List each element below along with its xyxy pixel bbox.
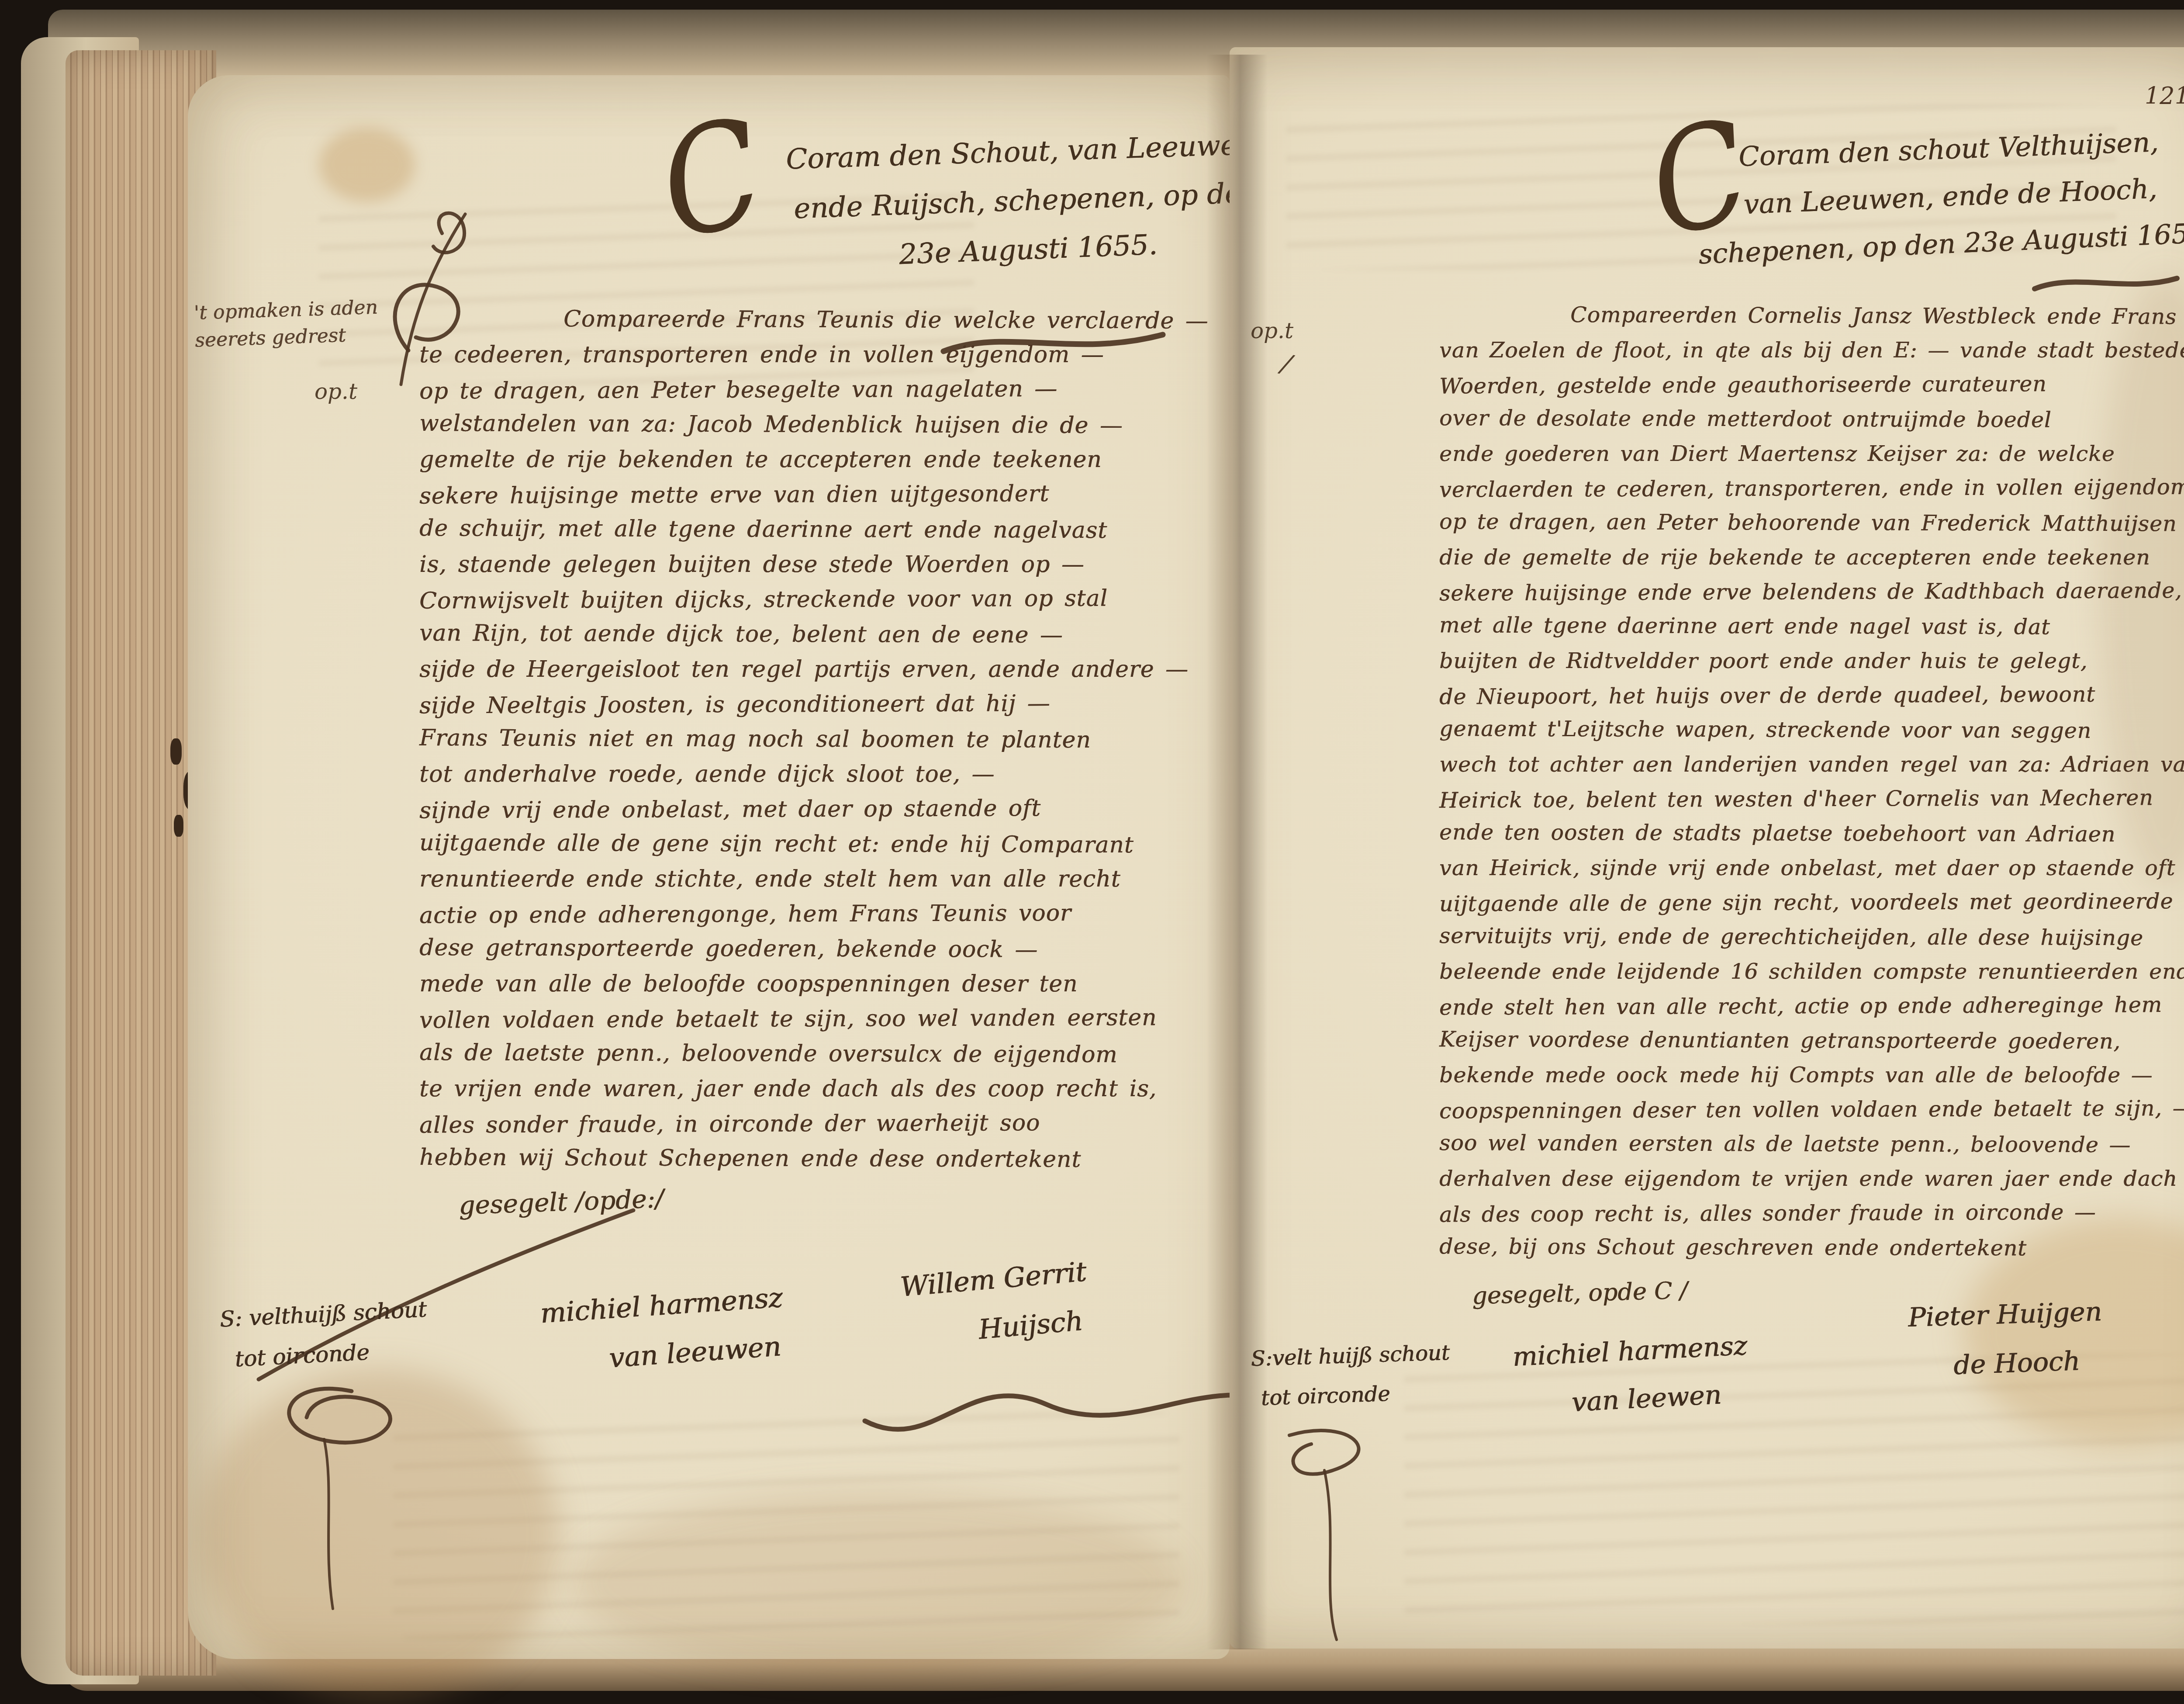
text-line: sekere huijsinge mette erve van dien uij… — [419, 475, 1223, 513]
text-line: buijten de Ridtveldder poort ende ander … — [1439, 644, 2184, 678]
text-line: sijde de Heergeisloot ten regel partijs … — [419, 652, 1223, 687]
text-line: als de laetste penn., beloovende oversul… — [419, 1035, 1223, 1073]
text-line: te vrijen ende waren, jaer ende dach als… — [419, 1071, 1223, 1106]
text-line: mede van alle de beloofde coopspenningen… — [419, 966, 1223, 1001]
text-line: is, staende gelegen buijten dese stede W… — [419, 547, 1223, 582]
text-line: tot oirconde — [1251, 1372, 1451, 1418]
text-line: op te dragen, aen Peter besegelte van na… — [419, 371, 1223, 409]
signature-willem-huijsch: Willem GerritHuijsch — [898, 1247, 1092, 1361]
text-line: beleende ende leijdende 16 schilden comp… — [1439, 954, 2184, 989]
text-line: Pieter Huijgen — [1907, 1287, 2102, 1342]
text-line: ende ten oosten de stadts plaetse toebeh… — [1439, 815, 2184, 852]
text-line: hebben wij Schout Schepenen ende dese on… — [419, 1140, 1223, 1178]
text-line: Heirick toe, belent ten westen d'heer Co… — [1439, 780, 2184, 818]
text-line: Compareerde Frans Teunis die welcke verc… — [419, 301, 1223, 339]
text-line: van Zoelen de floot, in qte als bij den … — [1439, 333, 2184, 367]
fox-spot — [319, 128, 415, 202]
text-line: met alle tgene daerinne aert ende nagel … — [1439, 608, 2184, 645]
text-line: coopspenningen deser ten vollen voldaen … — [1439, 1091, 2184, 1129]
left-margin-mark: op.t — [314, 379, 357, 404]
text-line: over de desolate ende metterdoot ontruij… — [1439, 401, 2184, 438]
text-line: van Heirick, sijnde vrij ende onbelast, … — [1439, 851, 2184, 885]
text-line: de Nieupoort, het huijs over de derde qu… — [1439, 677, 2184, 714]
water-stain — [572, 1491, 1184, 1674]
text-line: welstandelen van za: Jacob Medenblick hu… — [419, 406, 1223, 443]
text-line: de Hooch — [1909, 1336, 2104, 1391]
text-line: uijtgaende alle de gene sijn recht et: e… — [419, 825, 1223, 863]
text-line: als des coop recht is, alles sonder frau… — [1439, 1195, 2184, 1232]
signature-underline-flourish — [860, 1351, 1275, 1456]
left-page: C Coram den Schout, van Leeuwen,ende Rui… — [188, 75, 1230, 1659]
text-line: op te dragen, aen Peter behoorende van F… — [1439, 504, 2184, 541]
text-line: ende goederen van Diert Maertensz Keijse… — [1439, 436, 2184, 471]
text-line: de schuijr, met alle tgene daerinne aert… — [419, 511, 1223, 548]
text-line: Cornwijsvelt buijten dijcks, streckende … — [419, 580, 1223, 618]
right-body-text: Compareerden Cornelis Jansz Westbleck en… — [1439, 298, 2184, 1265]
edge-speck — [170, 738, 182, 765]
text-line: verclaerden te cederen, transporteren, e… — [1439, 470, 2184, 507]
text-line: renuntieerde ende stichte, ende stelt he… — [419, 862, 1223, 897]
text-line: soo wel vanden eersten als de laetste pe… — [1439, 1126, 2184, 1163]
text-line: dese getransporteerde goederen, bekende … — [419, 930, 1223, 968]
left-body-text: Compareerde Frans Teunis die welcke verc… — [419, 302, 1223, 1176]
text-line: bekende mede oock mede hij Compts van al… — [1439, 1058, 2184, 1092]
text-line: tot anderhalve roede, aende dijck sloot … — [419, 757, 1223, 792]
text-line: Frans Teunis niet en mag noch sal boomen… — [419, 720, 1223, 758]
text-line: wech tot achter aen landerijen vanden re… — [1439, 747, 2184, 782]
edge-speck — [174, 815, 183, 837]
text-line: actie op ende adherengonge, hem Frans Te… — [419, 895, 1223, 933]
right-margin-mark: op.t — [1251, 318, 1293, 343]
text-line: sijde Neeltgis Joosten, is geconditionee… — [419, 685, 1223, 723]
text-line: alles sonder fraude, in oirconde der wae… — [419, 1105, 1223, 1143]
page-number: 121 — [2145, 82, 2184, 110]
text-line: sekere huijsinge ende erve belendens de … — [1439, 573, 2184, 611]
date-underline-flourish — [2031, 268, 2180, 296]
text-line: gemelte de rije bekenden te accepteren e… — [419, 442, 1223, 477]
photograph-background: C Coram den Schout, van Leeuwen,ende Rui… — [0, 0, 2184, 1704]
text-line: Woerden, gestelde ende geauthoriseerde c… — [1439, 366, 2184, 404]
text-line: servituijts vrij, ende de gerechticheijd… — [1439, 918, 2184, 956]
right-page: 121 } C Coram den schout Velthuijsen,van… — [1230, 47, 2184, 1649]
right-closing-line: gesegelt, opde C / — [1472, 1277, 1688, 1310]
right-margin-slash: / — [1279, 348, 1295, 380]
text-line: uijtgaende alle de gene sijn recht, voor… — [1439, 884, 2184, 921]
right-session-header: C Coram den schout Velthuijsen,van Leeuw… — [1677, 115, 2184, 277]
signature-paraph-flourish — [1271, 1417, 1415, 1644]
text-line: dese, bij ons Schout geschreven ende ond… — [1439, 1229, 2184, 1266]
text-line: te cedeeren, transporteren ende in volle… — [419, 337, 1223, 372]
text-line: derhalven dese eijgendom te vrijen ende … — [1439, 1161, 2184, 1196]
signature-paraph-flourish — [258, 1373, 446, 1617]
text-line: genaemt t'Leijtsche wapen, streckende vo… — [1439, 711, 2184, 748]
signature-pieter-de-hooch: Pieter Huijgende Hooch — [1907, 1287, 2104, 1391]
text-line: die de gemelte de rije bekende te accept… — [1439, 540, 2184, 575]
text-line: Compareerden Cornelis Jansz Westbleck en… — [1439, 297, 2184, 334]
text-line: van Rijn, tot aende dijck toe, belent ae… — [419, 616, 1223, 653]
signature-michiel-harmensz-left: michiel harmenszvan leeuwen — [539, 1273, 788, 1387]
text-line: vollen voldaen ende betaelt te sijn, soo… — [419, 1000, 1223, 1038]
signature-velthuijsen-left: S: velthuijß schouttot oirconde — [219, 1289, 430, 1380]
signature-michiel-harmensz-right: michiel harmenszvan leewen — [1511, 1321, 1751, 1430]
signature-velthuijsen-right: S:velt huijß schouttot oirconde — [1250, 1333, 1451, 1418]
text-line: ende stelt hen van alle recht, actie op … — [1439, 987, 2184, 1025]
text-line: sijnde vrij ende onbelast, met daer op s… — [419, 790, 1223, 828]
text-line: Keijser voordese denuntianten getranspor… — [1439, 1022, 2184, 1059]
text-line: S:velt huijß schout — [1250, 1333, 1450, 1378]
